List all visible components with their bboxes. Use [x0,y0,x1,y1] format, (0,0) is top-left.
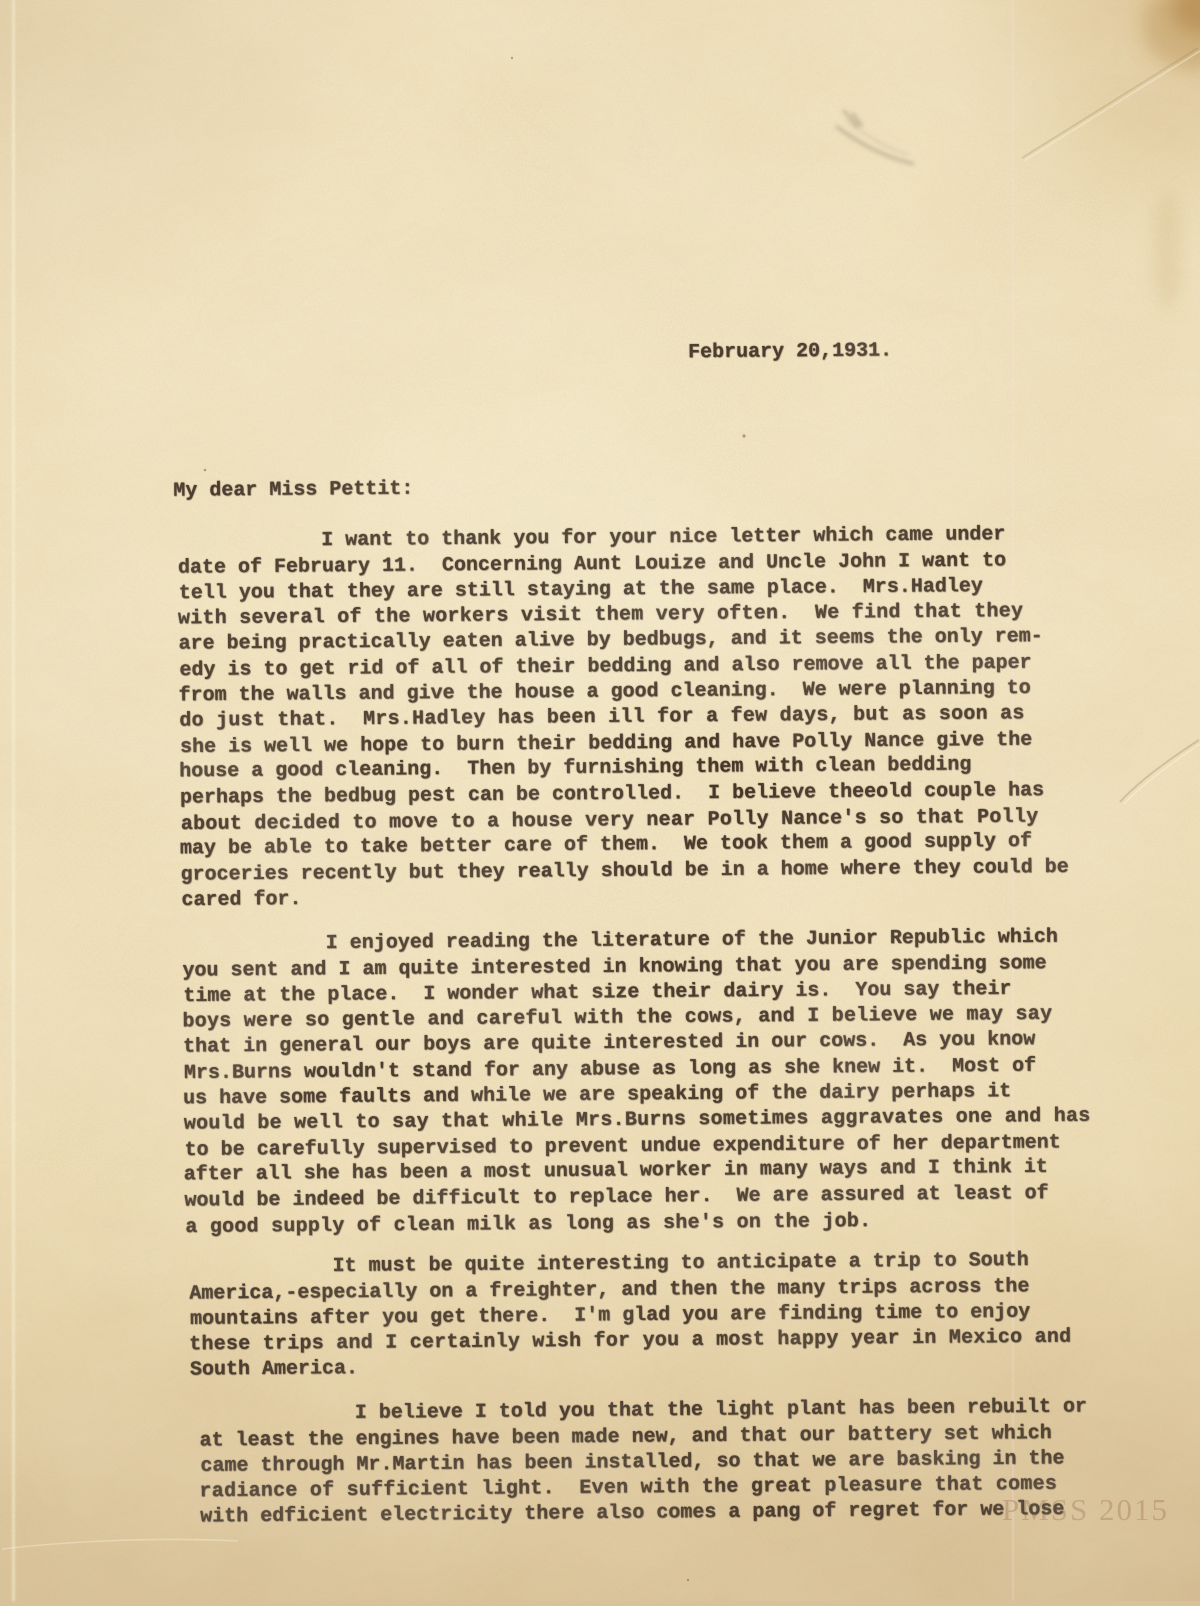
salutation: My dear Miss Pettit: [173,478,413,503]
letter-body: February 20,1931. My dear Miss Pettit: I… [0,0,1200,1601]
date-line: February 20,1931. [688,339,892,364]
paragraph-south-america-trip: It must be quite interesting to anticipa… [189,1248,1072,1384]
letter-page: February 20,1931. My dear Miss Pettit: I… [0,0,1200,1601]
paragraph-light-plant: I believe I told you that the light plan… [199,1395,1088,1531]
paragraph-aunt-louize-uncle-john: I want to thank you for your nice letter… [178,522,1069,914]
paragraph-junior-republic-dairy: I enjoyed reading the literature of the … [182,925,1091,1240]
